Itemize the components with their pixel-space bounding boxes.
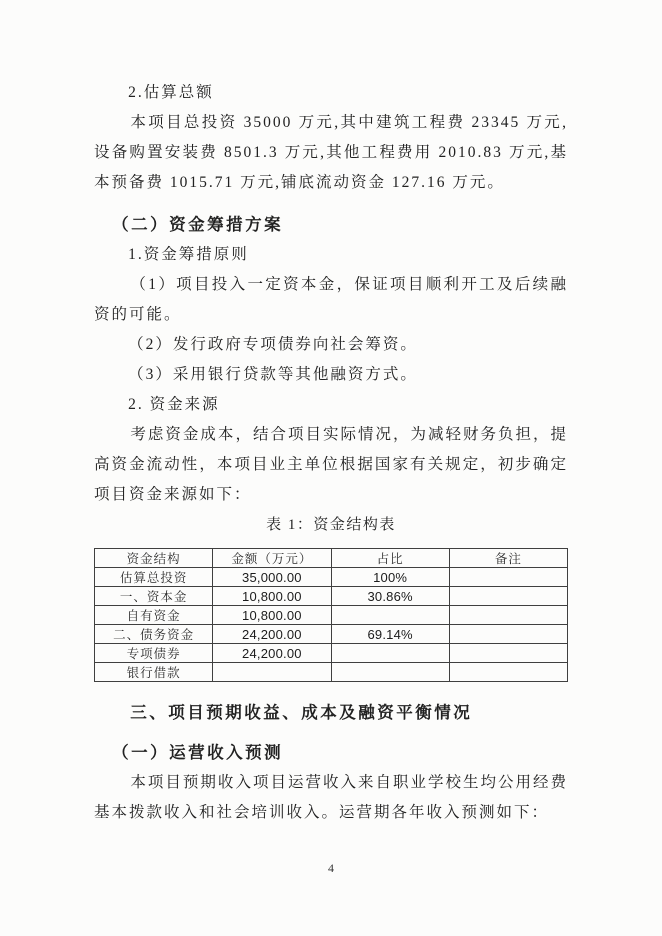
table-caption: 表 1：资金结构表: [94, 510, 568, 540]
row-share: [331, 644, 449, 663]
heading-section-three: 三、项目预期收益、成本及融资平衡情况: [94, 698, 568, 728]
row-remark: [449, 663, 567, 682]
row-share: 30.86%: [331, 587, 449, 606]
table-row: 自有资金 10,800.00: [95, 606, 568, 625]
table-row: 估算总投资 35,000.00 100%: [95, 568, 568, 587]
row-share: 100%: [331, 568, 449, 587]
row-amount: 24,200.00: [213, 644, 331, 663]
principle-item-2: （2）发行政府专项债券向社会筹资。: [94, 330, 568, 360]
subheading-funding-principles: 1.资金筹措原则: [94, 240, 568, 270]
row-share: [331, 663, 449, 682]
row-amount: [213, 663, 331, 682]
paragraph-operating-income: 本项目预期收入项目运营收入来自职业学校生均公用经费基本拨款收入和社会培训收入。运…: [94, 768, 568, 828]
heading-funding-plan: （二）资金筹措方案: [94, 210, 568, 240]
page-number: 4: [0, 861, 662, 876]
row-label: 自有资金: [95, 606, 213, 625]
document-page: 2.估算总额 本项目总投资 35000 万元,其中建筑工程费 23345 万元,…: [0, 0, 662, 936]
row-amount: 10,800.00: [213, 606, 331, 625]
column-header-amount: 金额（万元）: [213, 549, 331, 568]
row-remark: [449, 644, 567, 663]
table-row: 一、资本金 10,800.00 30.86%: [95, 587, 568, 606]
row-amount: 35,000.00: [213, 568, 331, 587]
table-row: 银行借款: [95, 663, 568, 682]
table-header-row: 资金结构 金额（万元） 占比 备注: [95, 549, 568, 568]
row-remark: [449, 587, 567, 606]
table-row: 专项债券 24,200.00: [95, 644, 568, 663]
row-remark: [449, 625, 567, 644]
row-label: 一、资本金: [95, 587, 213, 606]
document-content: 2.估算总额 本项目总投资 35000 万元,其中建筑工程费 23345 万元,…: [94, 78, 568, 828]
capital-structure-table: 资金结构 金额（万元） 占比 备注 估算总投资 35,000.00 100% 一…: [94, 548, 568, 682]
principle-item-1: （1）项目投入一定资本金，保证项目顺利开工及后续融资的可能。: [94, 270, 568, 330]
row-share: 69.14%: [331, 625, 449, 644]
column-header-share: 占比: [331, 549, 449, 568]
row-amount: 24,200.00: [213, 625, 331, 644]
row-label: 专项债券: [95, 644, 213, 663]
column-header-remark: 备注: [449, 549, 567, 568]
column-header-structure: 资金结构: [95, 549, 213, 568]
subheading-funding-sources: 2. 资金来源: [94, 390, 568, 420]
heading-operating-income: （一）运营收入预测: [94, 738, 568, 768]
row-label: 银行借款: [95, 663, 213, 682]
row-remark: [449, 568, 567, 587]
table-row: 二、债务资金 24,200.00 69.14%: [95, 625, 568, 644]
row-remark: [449, 606, 567, 625]
subheading-estimate-total: 2.估算总额: [94, 78, 568, 108]
row-share: [331, 606, 449, 625]
row-amount: 10,800.00: [213, 587, 331, 606]
paragraph-funding-sources: 考虑资金成本，结合项目实际情况，为减轻财务负担，提高资金流动性，本项目业主单位根…: [94, 420, 568, 510]
row-label: 二、债务资金: [95, 625, 213, 644]
principle-item-3: （3）采用银行贷款等其他融资方式。: [94, 360, 568, 390]
row-label: 估算总投资: [95, 568, 213, 587]
paragraph-total-investment: 本项目总投资 35000 万元,其中建筑工程费 23345 万元,设备购置安装费…: [94, 108, 568, 198]
